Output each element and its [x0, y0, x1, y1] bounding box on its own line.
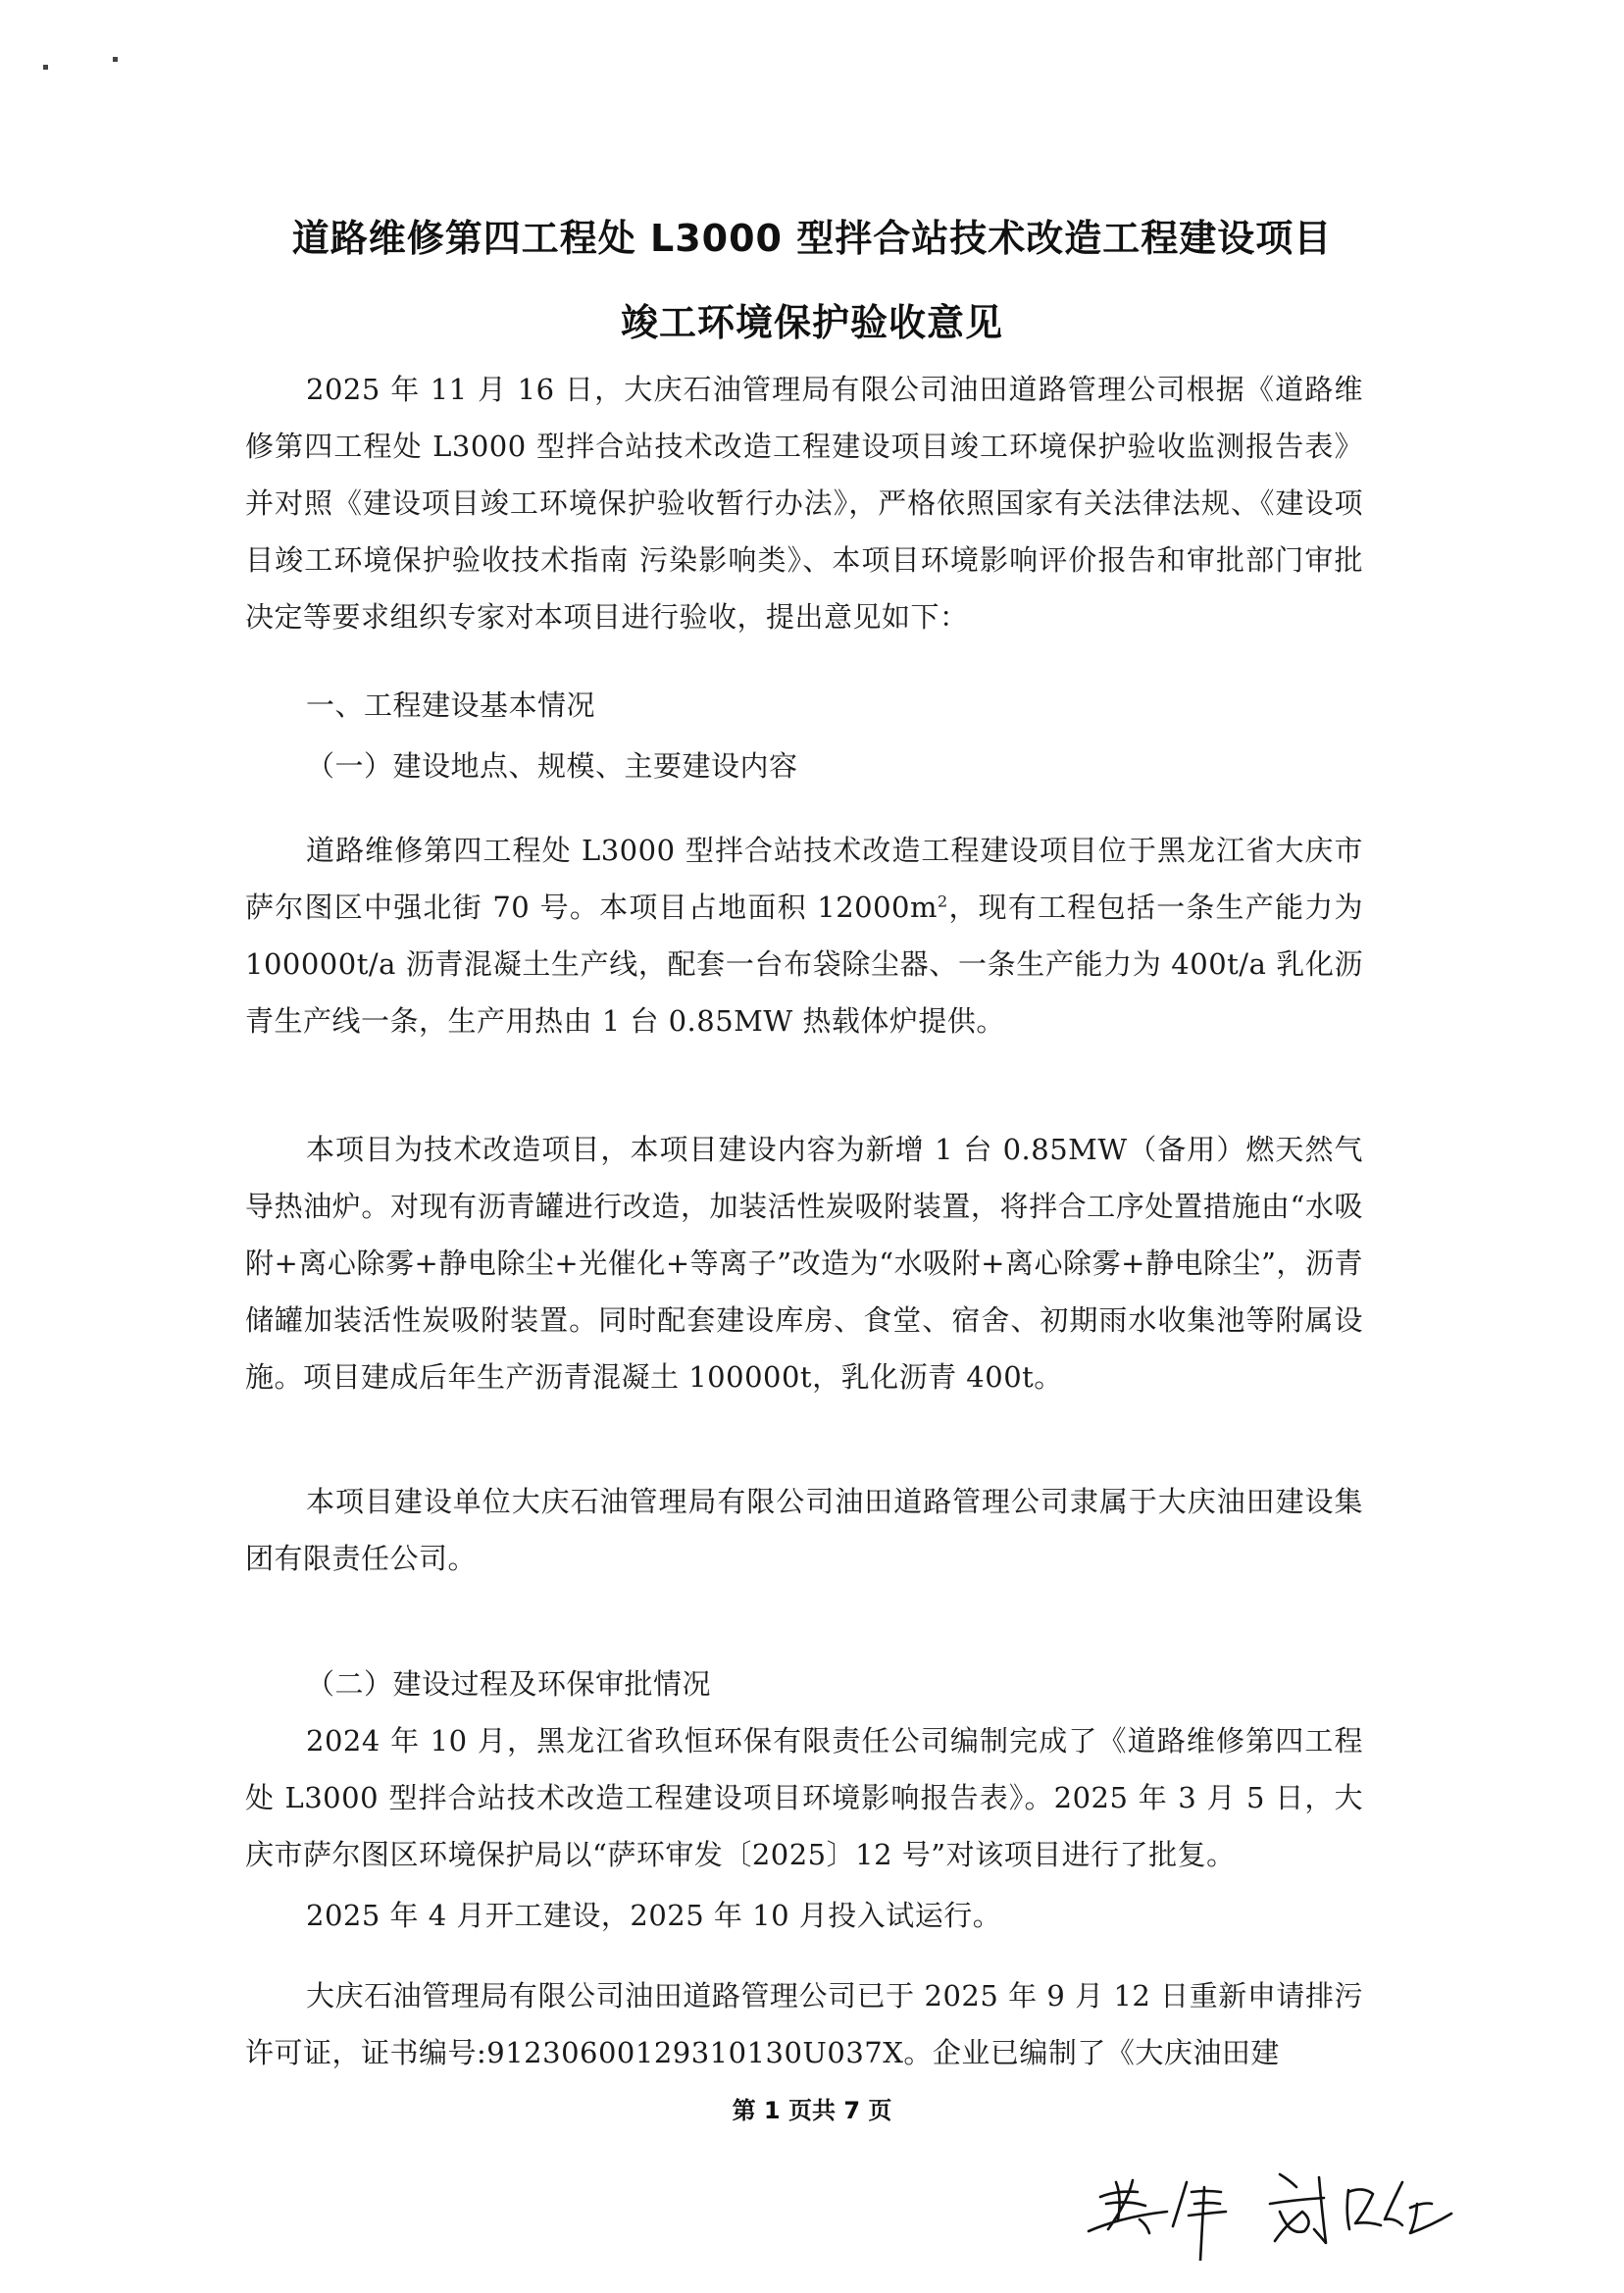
permit-paragraph: 大庆石油管理局有限公司油田道路管理公司已于 2025 年 9 月 12 日重新申…: [245, 1967, 1363, 2081]
owner-paragraph: 本项目建设单位大庆石油管理局有限公司油田道路管理公司隶属于大庆油田建设集团有限责…: [245, 1473, 1363, 1587]
signature-block: [1079, 2143, 1491, 2261]
section-heading-1: 一、工程建设基本情况: [245, 677, 1363, 734]
location-paragraph: 道路维修第四工程处 L3000 型拌合站技术改造工程建设项目位于黑龙江省大庆市萨…: [245, 822, 1363, 1049]
signature-2: [1270, 2174, 1451, 2243]
scan-speck: [43, 65, 48, 70]
scan-speck: [113, 57, 118, 62]
handwritten-signatures-icon: [1079, 2143, 1491, 2261]
eia-paragraph: 2024 年 10 月，黑龙江省玖恒环保有限责任公司编制完成了《道路维修第四工程…: [245, 1712, 1363, 1883]
intro-paragraph: 2025 年 11 月 16 日，大庆石油管理局有限公司油田道路管理公司根据《道…: [245, 361, 1363, 645]
signature-1: [1089, 2180, 1226, 2261]
superscript-2: 2: [938, 892, 948, 910]
page-title-line-2: 竣工环境保护验收意见: [196, 292, 1428, 346]
schedule-paragraph: 2025 年 4 月开工建设，2025 年 10 月投入试运行。: [245, 1887, 1363, 1944]
page-title-line-1: 道路维修第四工程处 L3000 型拌合站技术改造工程建设项目: [196, 208, 1428, 262]
renovation-paragraph: 本项目为技术改造项目，本项目建设内容为新增 1 台 0.85MW（备用）燃天然气…: [245, 1121, 1363, 1405]
page-indicator: 第 1 页共 7 页: [0, 2091, 1624, 2125]
subsection-heading-1: （一）建设地点、规模、主要建设内容: [245, 738, 1363, 794]
subsection-heading-2: （二）建设过程及环保审批情况: [245, 1656, 1363, 1712]
